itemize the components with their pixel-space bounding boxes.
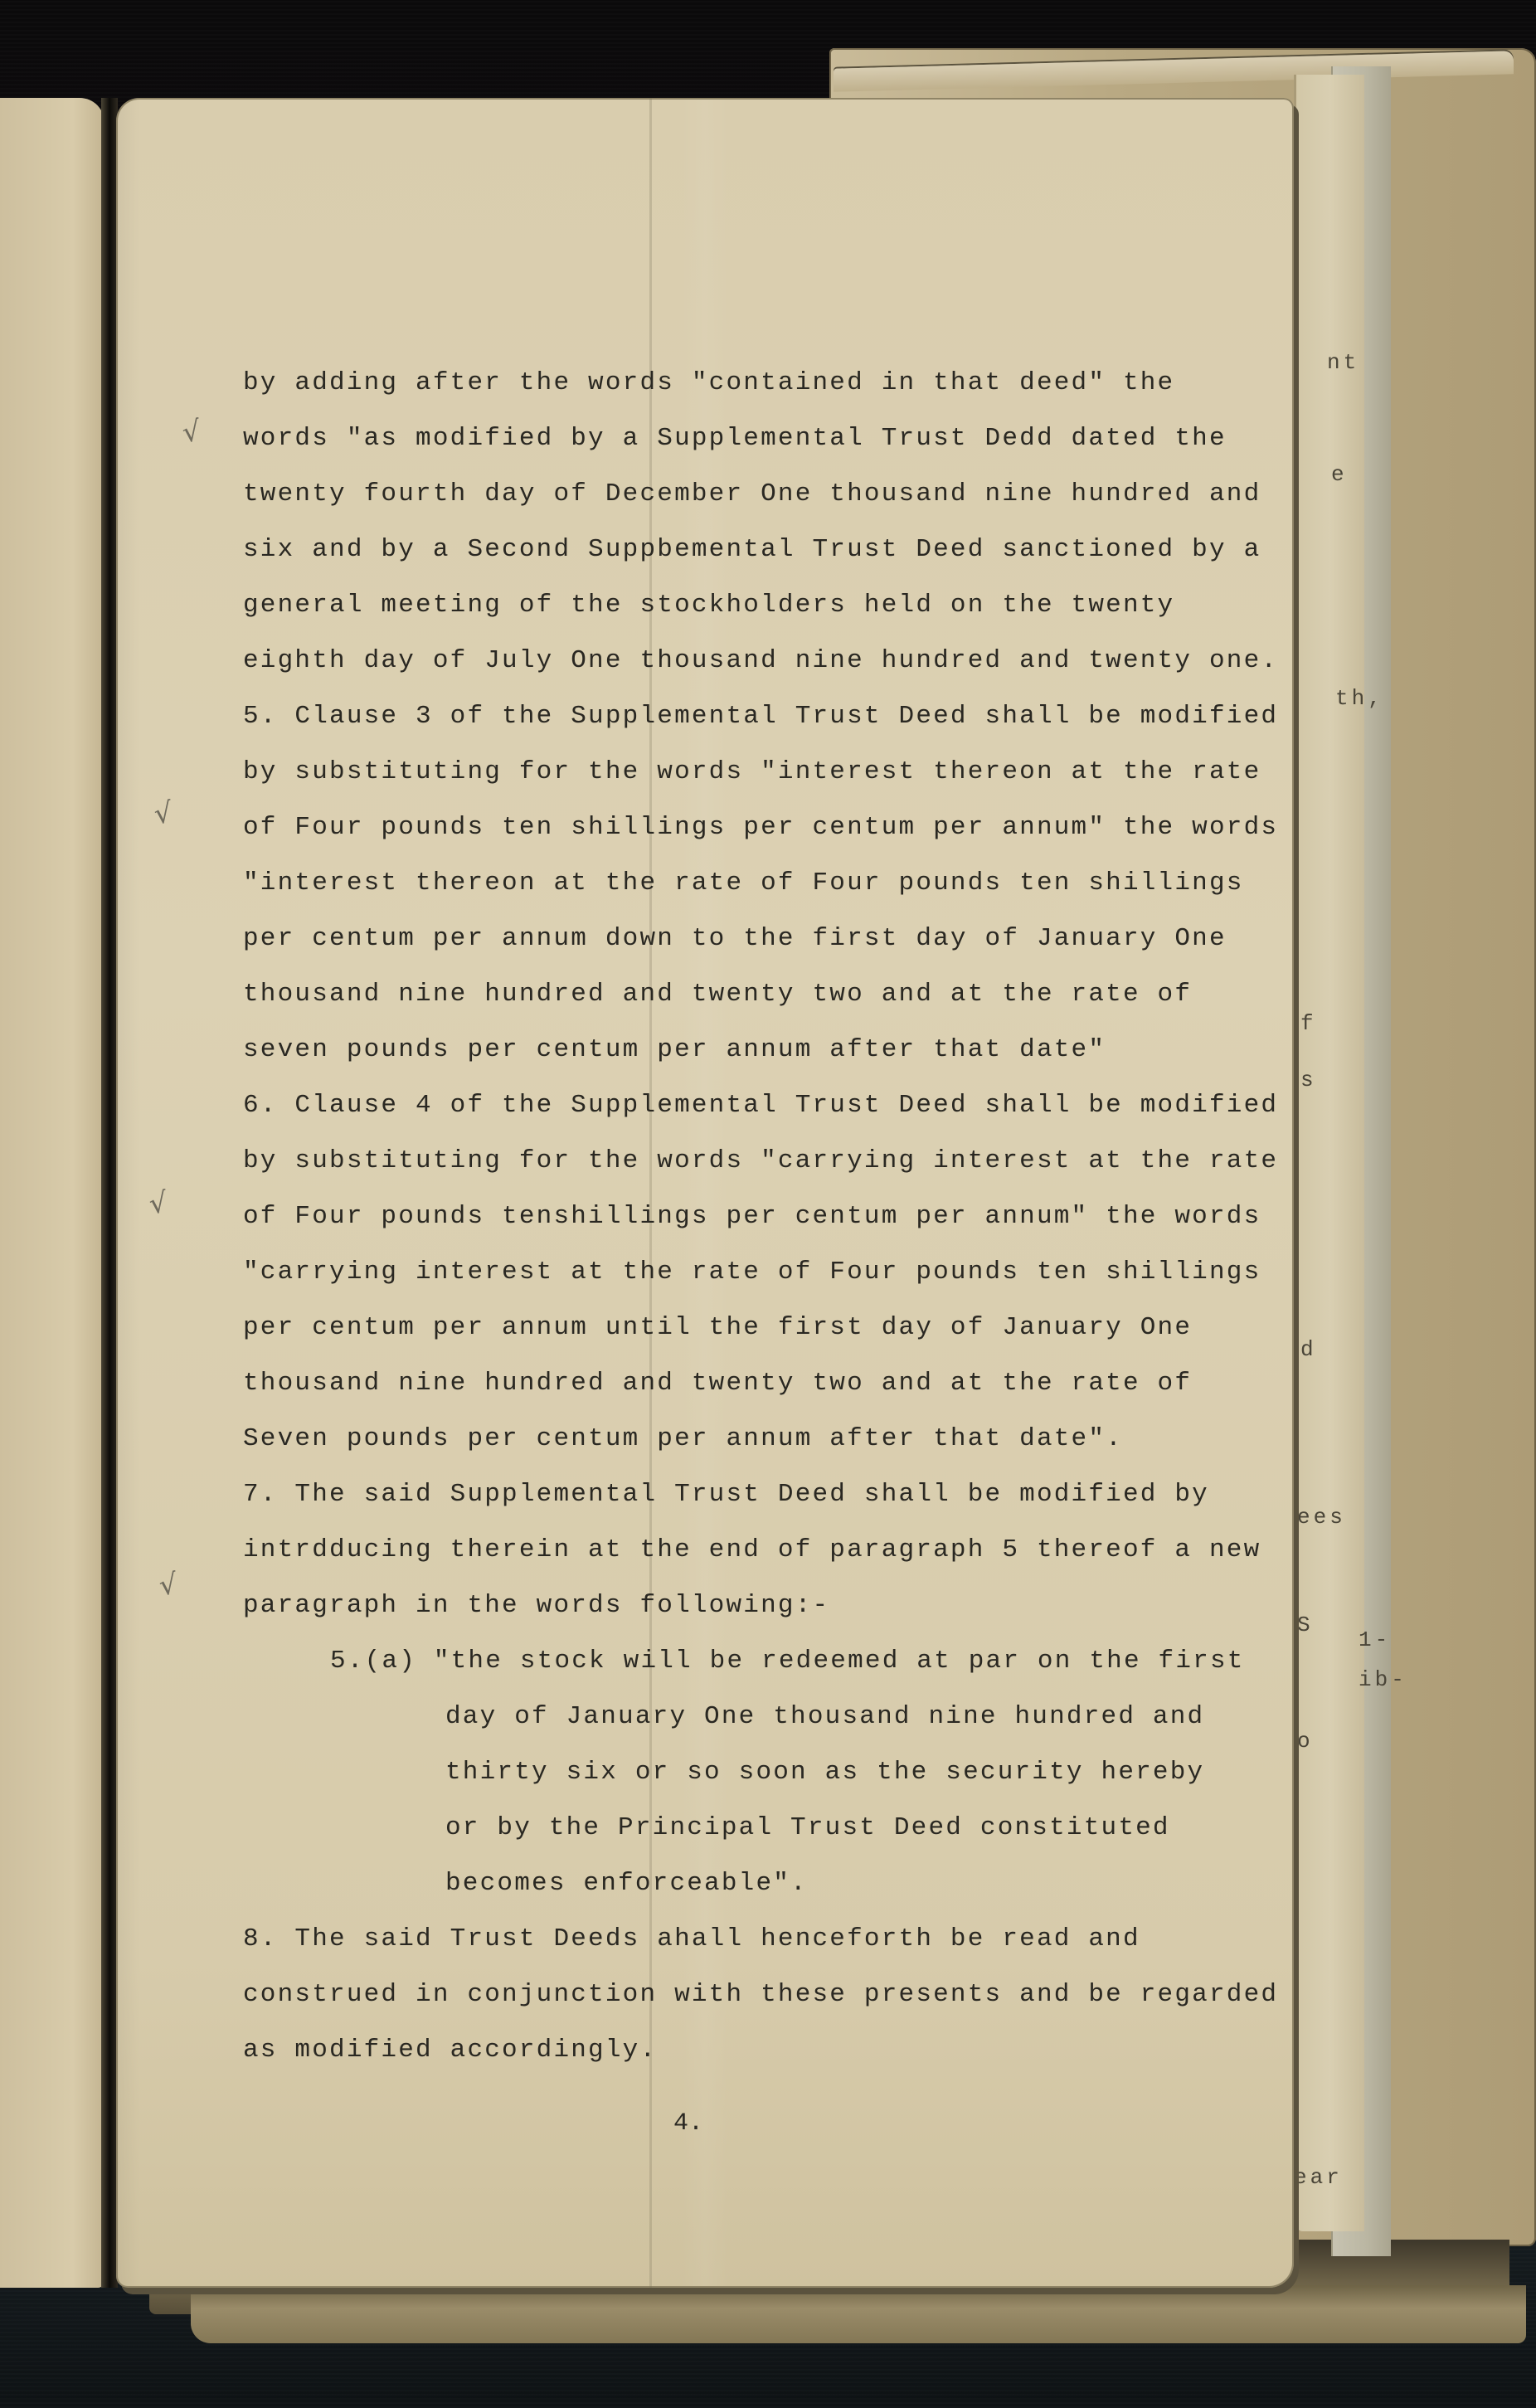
text-line: as modified accordingly. bbox=[243, 2037, 657, 2063]
text-line: twenty fourth day of December One thousa… bbox=[243, 481, 1261, 507]
text-line: 5. Clause 3 of the Supplemental Trust De… bbox=[243, 703, 1278, 729]
text-line: 7. The said Supplemental Trust Deed shal… bbox=[243, 1481, 1209, 1507]
slip-text-fragment: th, bbox=[1335, 686, 1384, 711]
slip-text-fragment: e bbox=[1331, 462, 1348, 487]
text-line: becomes enforceable". bbox=[445, 1870, 808, 1896]
text-line: paragraph in the words following:- bbox=[243, 1593, 829, 1618]
text-line: per centum per annum down to the first d… bbox=[243, 926, 1227, 951]
book-gutter bbox=[101, 98, 118, 2288]
text-line: Seven pounds per centum per annum after … bbox=[243, 1426, 1123, 1452]
text-line: or by the Principal Trust Deed constitut… bbox=[445, 1815, 1170, 1841]
text-line: 5.(a) "the stock will be redeemed at par… bbox=[330, 1648, 1245, 1674]
text-line: by substituting for the words "carrying … bbox=[243, 1148, 1278, 1174]
slip-text-fragment: f bbox=[1300, 1011, 1317, 1036]
text-line: thirty six or so soon as the security he… bbox=[445, 1759, 1204, 1785]
text-line: general meeting of the stockholders held… bbox=[243, 592, 1174, 618]
text-line: by substituting for the words "interest … bbox=[243, 759, 1261, 785]
text-line: 8. The said Trust Deeds ahall henceforth… bbox=[243, 1926, 1140, 1952]
text-line: by adding after the words "contained in … bbox=[243, 370, 1174, 396]
text-line: eighth day of July One thousand nine hun… bbox=[243, 648, 1278, 674]
text-line: thousand nine hundred and twenty two and… bbox=[243, 981, 1192, 1007]
text-line: of Four pounds tenshillings per centum p… bbox=[243, 1204, 1261, 1229]
left-page bbox=[0, 98, 105, 2288]
slip-text-fragment: o bbox=[1297, 1729, 1314, 1754]
text-line: day of January One thousand nine hundred… bbox=[445, 1704, 1204, 1729]
text-line: "carrying interest at the rate of Four p… bbox=[243, 1259, 1261, 1285]
text-line: per centum per annum until the first day… bbox=[243, 1315, 1192, 1340]
text-line: words "as modified by a Supplemental Tru… bbox=[243, 426, 1227, 451]
slip-text-fragment: ear bbox=[1294, 2165, 1343, 2190]
page-number: 4. bbox=[673, 2109, 703, 2138]
slip-text-fragment: ib- bbox=[1359, 1667, 1407, 1692]
slip-text-fragment: S bbox=[1297, 1613, 1314, 1637]
text-line: "interest thereon at the rate of Four po… bbox=[243, 870, 1244, 896]
slip-text-fragment: s bbox=[1300, 1068, 1317, 1092]
text-line: 6. Clause 4 of the Supplemental Trust De… bbox=[243, 1092, 1278, 1118]
text-line: thousand nine hundred and twenty two and… bbox=[243, 1370, 1192, 1396]
slip-text-fragment: ees bbox=[1297, 1505, 1346, 1530]
text-line: six and by a Second Suppbemental Trust D… bbox=[243, 537, 1261, 562]
text-line: intrdducing therein at the end of paragr… bbox=[243, 1537, 1261, 1563]
underlying-slip bbox=[1294, 75, 1364, 2231]
paper-stack-bottom-upper bbox=[191, 2285, 1526, 2343]
text-line: of Four pounds ten shillings per centum … bbox=[243, 815, 1278, 840]
slip-text-fragment: d bbox=[1300, 1337, 1317, 1362]
slip-text-fragment: nt bbox=[1327, 350, 1359, 375]
text-line: construed in conjunction with these pres… bbox=[243, 1982, 1278, 2007]
slip-text-fragment: 1- bbox=[1359, 1627, 1391, 1652]
text-line: seven pounds per centum per annum after … bbox=[243, 1037, 1106, 1063]
